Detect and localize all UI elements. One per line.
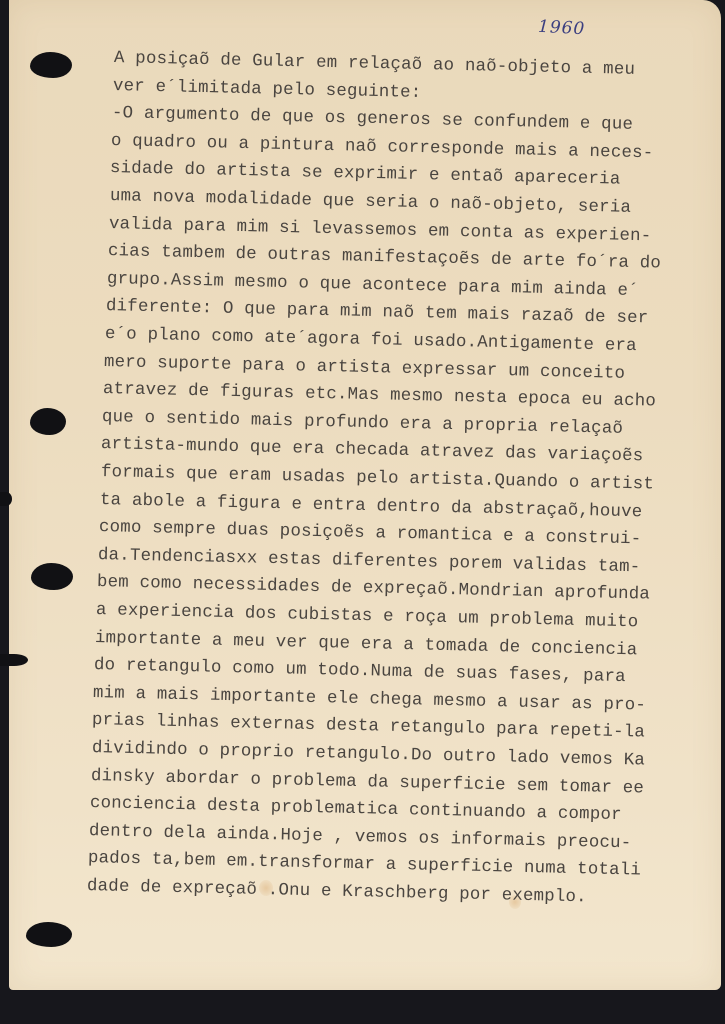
binder-notch — [0, 654, 28, 666]
punch-hole-2 — [30, 408, 66, 435]
punch-hole-1 — [30, 52, 72, 78]
binder-notch — [0, 492, 12, 506]
handwritten-year: 1960 — [538, 17, 586, 39]
punch-hole-4 — [26, 922, 72, 947]
punch-hole-3 — [31, 563, 73, 590]
